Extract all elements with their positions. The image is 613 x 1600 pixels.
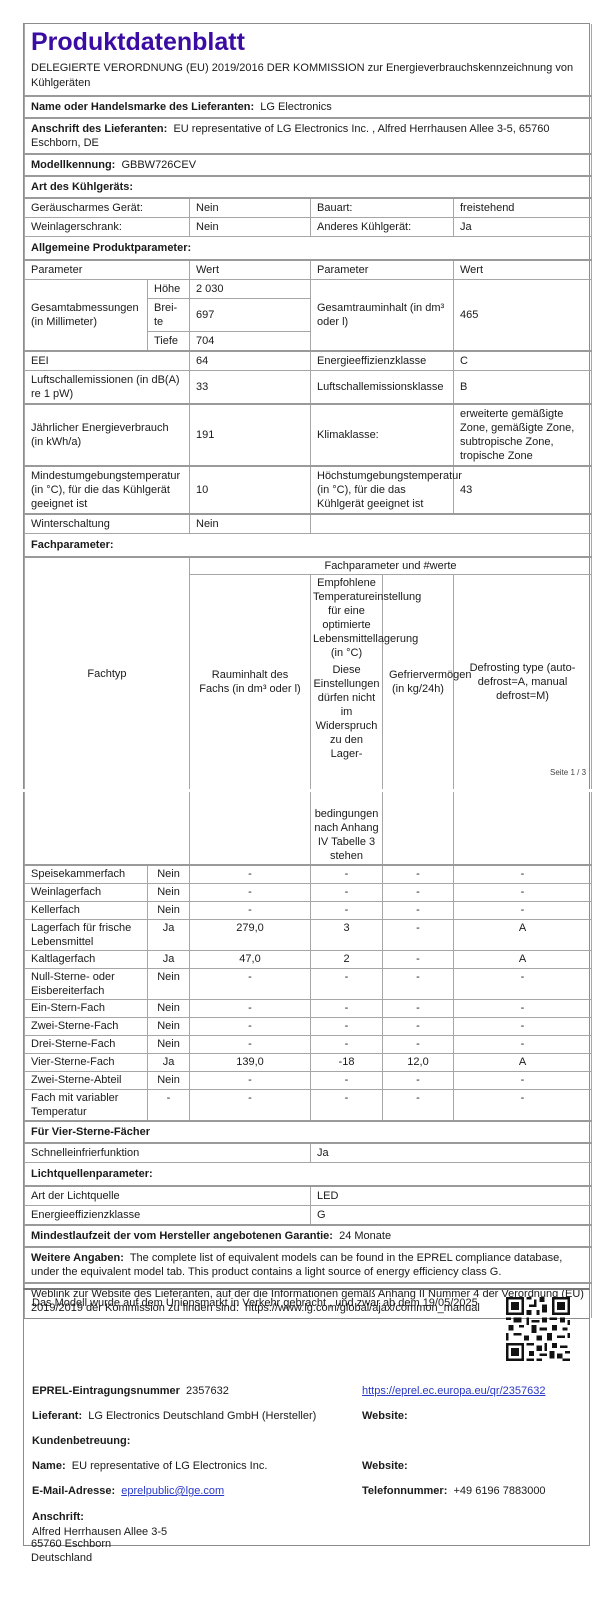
table-row: Vier-Sterne-FachJa139,0-1812,0A bbox=[25, 1054, 592, 1072]
table-row: Lagerfach für frische LebensmittelJa279,… bbox=[25, 920, 592, 951]
compartment-present: Nein bbox=[148, 902, 190, 920]
page-number: Seite 1 / 3 bbox=[550, 768, 586, 777]
energy-class-value: C bbox=[454, 351, 592, 371]
compartment-volume: 47,0 bbox=[190, 951, 311, 969]
table-row: Zwei-Sterne-AbteilNein---- bbox=[25, 1072, 592, 1090]
compartment-defrost: - bbox=[454, 865, 592, 884]
col-parameter-2: Parameter bbox=[311, 260, 454, 280]
table-row: SpeisekammerfachNein---- bbox=[25, 865, 592, 884]
energy-class-label: Energieeffizienzklasse bbox=[311, 351, 454, 371]
compartment-volume: 279,0 bbox=[190, 920, 311, 951]
email-label: E-Mail-Adresse: bbox=[32, 1485, 115, 1497]
width-value: 697 bbox=[190, 299, 311, 332]
model-row: Modellkennung: GBBW726CEV bbox=[25, 154, 592, 176]
col-value: Wert bbox=[190, 260, 311, 280]
eprel-value: 2357632 bbox=[186, 1385, 229, 1397]
compartment-present: Ja bbox=[148, 920, 190, 951]
noise-class-value: B bbox=[454, 371, 592, 405]
compartment-freezing: - bbox=[383, 920, 454, 951]
supplier-name-row: Name oder Handelsmarke des Lieferanten: … bbox=[25, 96, 592, 118]
supplier-address-label: Anschrift des Lieferanten: bbox=[31, 123, 167, 135]
col-freezing-capacity: Gefriervermögen (in kg/24h) bbox=[383, 575, 454, 790]
qr-code-icon[interactable] bbox=[506, 1297, 570, 1361]
compartment-defrost: - bbox=[454, 902, 592, 920]
compartment-freezing: - bbox=[383, 902, 454, 920]
phone-row: Telefonnummer: +49 6196 7883000 bbox=[362, 1485, 546, 1497]
compartment-present: Nein bbox=[148, 1072, 190, 1090]
compartment-temp: -18 bbox=[311, 1054, 383, 1072]
col-recommended-temp: Empfohlene Temperatureinstellung für ein… bbox=[311, 575, 383, 790]
compartment-defrost: - bbox=[454, 1072, 592, 1090]
additional-info-row: Weitere Angaben: The complete list of eq… bbox=[25, 1247, 592, 1283]
four-star-heading: Für Vier-Sterne-Fächer bbox=[25, 1121, 592, 1143]
col-recommended-temp-cont: bedingungen nach Anhang IV Tabelle 3 ste… bbox=[311, 792, 383, 865]
col-defrost-type: Defrosting type (auto-defrost=A, manual … bbox=[454, 575, 592, 790]
annual-energy-value: 191 bbox=[190, 404, 311, 466]
compartment-present: Nein bbox=[148, 884, 190, 902]
depth-value: 704 bbox=[190, 332, 311, 352]
compartment-type: Fach mit variabler Temperatur bbox=[25, 1090, 148, 1122]
compartment-volume: - bbox=[190, 1090, 311, 1122]
compartment-volume: - bbox=[190, 865, 311, 884]
empty-cell bbox=[311, 514, 592, 534]
model-value: GBBW726CEV bbox=[121, 159, 196, 171]
compartment-freezing: - bbox=[383, 1072, 454, 1090]
continuation-blank bbox=[454, 792, 592, 865]
compartment-present: Ja bbox=[148, 1054, 190, 1072]
continuation-blank bbox=[25, 792, 190, 865]
compartment-freezing: - bbox=[383, 1090, 454, 1122]
light-heading: Lichtquellenparameter: bbox=[25, 1163, 592, 1187]
compartment-temp: - bbox=[311, 1018, 383, 1036]
supplier-website-label: Website: bbox=[362, 1410, 408, 1422]
compartment-type: Null-Sterne- oder Eisbereiterfach bbox=[25, 969, 148, 1000]
max-temp-label: Höchstumgebungstemperatur (in °C), für d… bbox=[311, 466, 454, 514]
compartment-present: Ja bbox=[148, 951, 190, 969]
phone-label: Telefonnummer: bbox=[362, 1485, 447, 1497]
compartment-temp: - bbox=[311, 1036, 383, 1054]
fast-freeze-value: Ja bbox=[311, 1143, 592, 1163]
depth-label: Tiefe bbox=[148, 332, 190, 352]
col-compartment-type: Fachtyp bbox=[25, 557, 190, 789]
design-value: freistehend bbox=[454, 198, 592, 218]
supplier-name-label: Name oder Handelsmarke des Lieferanten: bbox=[31, 101, 254, 113]
total-volume-value: 465 bbox=[454, 280, 592, 352]
warranty-label: Mindestlaufzeit der vom Hersteller angeb… bbox=[31, 1230, 333, 1242]
regulation-text: DELEGIERTE VERORDNUNG (EU) 2019/2016 DER… bbox=[31, 61, 585, 91]
low-noise-label: Geräuscharmes Gerät: bbox=[25, 198, 190, 218]
product-sheet-table-bottom: bedingungen nach Anhang IV Tabelle 3 ste… bbox=[24, 792, 592, 1318]
compartment-type: Ein-Stern-Fach bbox=[25, 1000, 148, 1018]
fast-freeze-label: Schnelleinfrierfunktion bbox=[25, 1143, 311, 1163]
compartment-temp: - bbox=[311, 865, 383, 884]
col-value-2: Wert bbox=[454, 260, 592, 280]
winter-value: Nein bbox=[190, 514, 311, 534]
compartment-temp: - bbox=[311, 1090, 383, 1122]
compartment-temp: - bbox=[311, 1072, 383, 1090]
address-continued: 65760 Eschborn Deutschland bbox=[31, 1537, 111, 1565]
col-volume: Rauminhalt des Fachs (in dm³ oder l) bbox=[190, 575, 311, 790]
light-type-value: LED bbox=[311, 1186, 592, 1206]
compartment-temp: 2 bbox=[311, 951, 383, 969]
compartment-present: - bbox=[148, 1090, 190, 1122]
low-noise-value: Nein bbox=[190, 198, 311, 218]
compartment-defrost: A bbox=[454, 951, 592, 969]
compartment-freezing: 12,0 bbox=[383, 1054, 454, 1072]
compartment-volume: - bbox=[190, 1036, 311, 1054]
header-cell: Produktdatenblatt DELEGIERTE VERORDNUNG … bbox=[25, 24, 592, 96]
total-volume-label: Gesamtrauminhalt (in dm³ oder l) bbox=[311, 280, 454, 352]
compartment-present: Nein bbox=[148, 969, 190, 1000]
compartment-volume: - bbox=[190, 1072, 311, 1090]
continuation-blank bbox=[383, 792, 454, 865]
compartment-type: Kaltlagerfach bbox=[25, 951, 148, 969]
model-label: Modellkennung: bbox=[31, 159, 115, 171]
compartment-temp: - bbox=[311, 969, 383, 1000]
min-temp-value: 10 bbox=[190, 466, 311, 514]
compartment-type: Vier-Sterne-Fach bbox=[25, 1054, 148, 1072]
wine-cabinet-value: Nein bbox=[190, 218, 311, 237]
width-label: Brei-te bbox=[148, 299, 190, 332]
page-2-sheet: bedingungen nach Anhang IV Tabelle 3 ste… bbox=[23, 792, 590, 1319]
email-link[interactable]: eprelpublic@lge.com bbox=[121, 1485, 224, 1497]
compartment-freezing: - bbox=[383, 865, 454, 884]
compartment-volume: - bbox=[190, 969, 311, 1000]
noise-class-label: Luftschallemissionsklasse bbox=[311, 371, 454, 405]
compartment-type: Weinlagerfach bbox=[25, 884, 148, 902]
max-temp-value: 43 bbox=[454, 466, 592, 514]
market-date-text: Das Modell wurde auf dem Unionsmarkt in … bbox=[32, 1297, 478, 1309]
address-line-2: 65760 Eschborn bbox=[31, 1537, 111, 1551]
product-sheet-table-top: Produktdatenblatt DELEGIERTE VERORDNUNG … bbox=[24, 24, 592, 789]
compartment-type: Lagerfach für frische Lebensmittel bbox=[25, 920, 148, 951]
table-row: Null-Sterne- oder EisbereiterfachNein---… bbox=[25, 969, 592, 1000]
other-appliance-label: Anderes Kühlgerät: bbox=[311, 218, 454, 237]
supplier-row: Lieferant: LG Electronics Deutschland Gm… bbox=[32, 1410, 316, 1422]
winter-label: Winterschaltung bbox=[25, 514, 190, 534]
compartment-rows: SpeisekammerfachNein----WeinlagerfachNei… bbox=[25, 865, 592, 1121]
compartment-present: Nein bbox=[148, 865, 190, 884]
email-row: E-Mail-Adresse: eprelpublic@lge.com bbox=[32, 1485, 224, 1497]
continuation-blank bbox=[190, 792, 311, 865]
compartment-freezing: - bbox=[383, 1000, 454, 1018]
table-row: Zwei-Sterne-FachNein---- bbox=[25, 1018, 592, 1036]
table-row: KellerfachNein---- bbox=[25, 902, 592, 920]
warranty-value: 24 Monate bbox=[339, 1230, 391, 1242]
page-1-sheet: Produktdatenblatt DELEGIERTE VERORDNUNG … bbox=[23, 23, 590, 789]
general-heading: Allgemeine Produktparameter: bbox=[25, 237, 592, 261]
footer-supplier-label: Lieferant: bbox=[32, 1410, 82, 1422]
climate-class-label: Klimaklasse: bbox=[311, 404, 454, 466]
light-class-value: G bbox=[311, 1206, 592, 1226]
compartment-type: Zwei-Sterne-Abteil bbox=[25, 1072, 148, 1090]
compartment-present: Nein bbox=[148, 1000, 190, 1018]
compartment-defrost: - bbox=[454, 884, 592, 902]
page-title: Produktdatenblatt bbox=[31, 26, 585, 58]
compartment-temp: 3 bbox=[311, 920, 383, 951]
noise-label: Luftschallemissionen (in dB(A) re 1 pW) bbox=[25, 371, 190, 405]
customer-service-label: Kundenbetreuung: bbox=[32, 1435, 130, 1447]
compartment-defrost: A bbox=[454, 920, 592, 951]
table-row: WeinlagerfachNein---- bbox=[25, 884, 592, 902]
compartment-defrost: A bbox=[454, 1054, 592, 1072]
compartment-temp: - bbox=[311, 884, 383, 902]
wine-cabinet-label: Weinlagerschrank: bbox=[25, 218, 190, 237]
col-recommended-temp-text: Empfohlene Temperatureinstellung für ein… bbox=[313, 576, 380, 660]
compartment-defrost: - bbox=[454, 969, 592, 1000]
supplier-address-row: Anschrift des Lieferanten: EU representa… bbox=[25, 118, 592, 154]
table-row: KaltlagerfachJa47,02-A bbox=[25, 951, 592, 969]
compartment-freezing: - bbox=[383, 1018, 454, 1036]
compartment-temp: - bbox=[311, 902, 383, 920]
warranty-row: Mindestlaufzeit der vom Hersteller angeb… bbox=[25, 1225, 592, 1247]
min-temp-label: Mindestumgebungstemperatur (in °C), für … bbox=[25, 466, 190, 514]
height-value: 2 030 bbox=[190, 280, 311, 299]
compartment-freezing: - bbox=[383, 969, 454, 1000]
compartment-defrost: - bbox=[454, 1036, 592, 1054]
eprel-link[interactable]: https://eprel.ec.europa.eu/qr/2357632 bbox=[362, 1385, 545, 1397]
service-website-label: Website: bbox=[362, 1460, 408, 1472]
climate-class-value: erweiterte gemäßigte Zone, gemäßigte Zon… bbox=[454, 404, 592, 466]
compartments-heading: Fachparameter: bbox=[25, 534, 592, 558]
service-name-value: EU representative of LG Electronics Inc. bbox=[72, 1460, 268, 1472]
height-label: Höhe bbox=[148, 280, 190, 299]
service-name-row: Name: EU representative of LG Electronic… bbox=[32, 1460, 267, 1472]
compartment-freezing: - bbox=[383, 884, 454, 902]
compartment-freezing: - bbox=[383, 951, 454, 969]
eei-label: EEI bbox=[25, 351, 190, 371]
table-row: Drei-Sterne-FachNein---- bbox=[25, 1036, 592, 1054]
col-recommended-temp-note: Diese Einstellungen dürfen nicht im Wide… bbox=[313, 663, 380, 761]
registration-footer: Das Modell wurde auf dem Unionsmarkt in … bbox=[23, 1288, 590, 1546]
compartment-volume: - bbox=[190, 1018, 311, 1036]
compartment-present: Nein bbox=[148, 1018, 190, 1036]
compartment-freezing: - bbox=[383, 1036, 454, 1054]
table-row: Fach mit variabler Temperatur----- bbox=[25, 1090, 592, 1122]
additional-label: Weitere Angaben: bbox=[31, 1252, 124, 1264]
compartment-defrost: - bbox=[454, 1018, 592, 1036]
annual-energy-label: Jährlicher Energieverbrauch (in kWh/a) bbox=[25, 404, 190, 466]
compartment-temp: - bbox=[311, 1000, 383, 1018]
design-label: Bauart: bbox=[311, 198, 454, 218]
appliance-type-heading: Art des Kühlgeräts: bbox=[25, 176, 592, 198]
service-name-label: Name: bbox=[32, 1460, 66, 1472]
compartment-type: Drei-Sterne-Fach bbox=[25, 1036, 148, 1054]
compartment-type: Zwei-Sterne-Fach bbox=[25, 1018, 148, 1036]
col-group-header: Fachparameter und #werte bbox=[190, 557, 592, 575]
address-label: Anschrift: bbox=[32, 1511, 84, 1523]
eprel-label: EPREL-Eintragungsnummer bbox=[32, 1385, 180, 1397]
eei-value: 64 bbox=[190, 351, 311, 371]
dimensions-label: Gesamtabmessungen (in Millimeter) bbox=[25, 280, 148, 352]
compartment-volume: - bbox=[190, 884, 311, 902]
compartment-defrost: - bbox=[454, 1000, 592, 1018]
compartment-type: Kellerfach bbox=[25, 902, 148, 920]
footer-supplier-value: LG Electronics Deutschland GmbH (Herstel… bbox=[88, 1410, 316, 1422]
light-type-label: Art der Lichtquelle bbox=[25, 1186, 311, 1206]
table-row: Ein-Stern-FachNein---- bbox=[25, 1000, 592, 1018]
compartment-type: Speisekammerfach bbox=[25, 865, 148, 884]
col-parameter: Parameter bbox=[25, 260, 190, 280]
compartment-defrost: - bbox=[454, 1090, 592, 1122]
noise-value: 33 bbox=[190, 371, 311, 405]
phone-value: +49 6196 7883000 bbox=[453, 1485, 545, 1497]
address-line-3: Deutschland bbox=[31, 1551, 111, 1565]
compartment-volume: - bbox=[190, 1000, 311, 1018]
eprel-row: EPREL-Eintragungsnummer 2357632 bbox=[32, 1385, 229, 1397]
light-class-label: Energieeffizienzklasse bbox=[25, 1206, 311, 1226]
compartment-volume: - bbox=[190, 902, 311, 920]
supplier-name-value: LG Electronics bbox=[260, 101, 332, 113]
compartment-present: Nein bbox=[148, 1036, 190, 1054]
other-appliance-value: Ja bbox=[454, 218, 592, 237]
compartment-volume: 139,0 bbox=[190, 1054, 311, 1072]
